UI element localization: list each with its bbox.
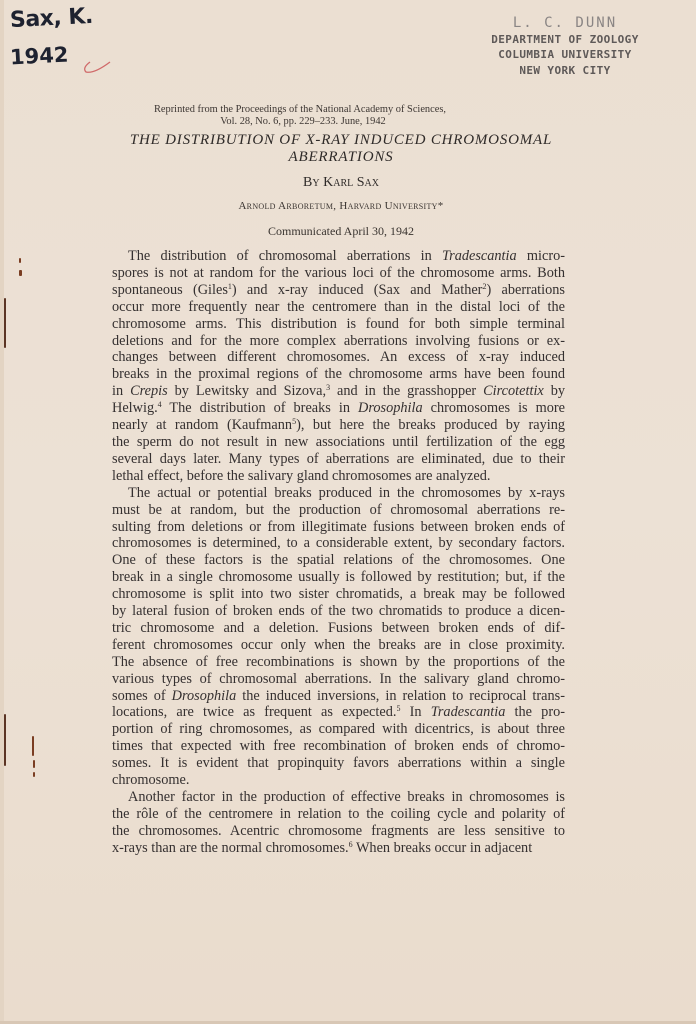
margin-mark [33, 760, 35, 768]
document-page: Sax, K. 1942 L. C. DUNN DEPARTMENT OF ZO… [0, 0, 696, 1024]
text-line: The distribution of chromosomal aberrati… [112, 248, 565, 265]
text-line: in Crepis by Lewitsky and Sizova,3 and i… [112, 383, 565, 400]
text-line: the sperm do not result in new associati… [112, 434, 565, 451]
margin-mark [19, 258, 21, 263]
text-line: must be at random, but the production of… [112, 502, 565, 519]
text-line: occur more frequently near the centromer… [112, 299, 565, 316]
text-line: portion of ring chromosomes, as compared… [112, 721, 565, 738]
title-line-1: THE DISTRIBUTION OF X-RAY INDUCED CHROMO… [106, 132, 576, 149]
text-line: somes. It is evident that propinquity fa… [112, 755, 565, 772]
text-line: several days later. Many types of aberra… [112, 451, 565, 468]
text-line: the chromosomes. Acentric chromosome fra… [112, 823, 565, 840]
text-line: locations, are twice as frequent as expe… [112, 704, 565, 721]
text-line: tric chromosome and a deletion. Fusions … [112, 620, 565, 637]
text-line: chromosome. [112, 772, 565, 789]
text-line: The absence of free recombinations is sh… [112, 654, 565, 671]
title-line-2: ABERRATIONS [106, 149, 576, 166]
stamp-university: COLUMBIA UNIVERSITY [470, 47, 660, 63]
text-line: break in a single chromosome usually is … [112, 569, 565, 586]
text-line: Another factor in the production of effe… [112, 789, 565, 806]
page-edge-left [0, 0, 4, 1024]
text-line: chromosome arms. This distribution is fo… [112, 316, 565, 333]
communicated-date: Communicated April 30, 1942 [106, 224, 576, 239]
text-line: ferent chromosomes occur only when the b… [112, 637, 565, 654]
reprint-line-1: Reprinted from the Proceedings of the Na… [110, 104, 490, 116]
handwritten-year-note: 1942 [9, 42, 69, 69]
red-check-mark-icon [80, 56, 112, 76]
text-line: various types of chromosomal aberrations… [112, 671, 565, 688]
stamp-name: L. C. DUNN [470, 16, 660, 32]
article-title: THE DISTRIBUTION OF X-RAY INDUCED CHROMO… [106, 132, 576, 166]
text-line: spores is not at random for the various … [112, 265, 565, 282]
text-line: Helwig.4 The distribution of breaks in D… [112, 400, 565, 417]
text-line: The actual or potential breaks produced … [112, 485, 565, 502]
text-line: deletions and for the more complex aberr… [112, 333, 565, 350]
reprint-notice: Reprinted from the Proceedings of the Na… [110, 104, 490, 128]
text-line: lethal effect, before the salivary gland… [112, 468, 565, 485]
text-line: times that expected with free recombinat… [112, 738, 565, 755]
margin-pencil-line [4, 298, 6, 348]
paragraph: The actual or potential breaks produced … [112, 485, 565, 789]
text-line: changes between different chromosomes. A… [112, 349, 565, 366]
article-body: The distribution of chromosomal aberrati… [112, 248, 565, 857]
text-line: breaks in the proximal regions of the ch… [112, 366, 565, 383]
author-byline: By Karl Sax [106, 175, 576, 191]
text-line: the rôle of the centromere in relation t… [112, 806, 565, 823]
handwritten-author-note: Sax, K. [9, 4, 93, 33]
text-line: by lateral fusion of broken ends of the … [112, 603, 565, 620]
margin-mark [19, 270, 22, 276]
paragraph: The distribution of chromosomal aberrati… [112, 248, 565, 485]
margin-mark [32, 736, 34, 756]
text-line: One of these factors is the spatial rela… [112, 552, 565, 569]
margin-pencil-line [4, 714, 6, 766]
author-affiliation: Arnold Arboretum, Harvard University* [106, 200, 576, 212]
stamp-city: NEW YORK CITY [470, 63, 660, 79]
text-line: nearly at random (Kaufmann5), but here t… [112, 417, 565, 434]
text-line: spontaneous (Giles1) and x-ray induced (… [112, 282, 565, 299]
reprint-line-2: Vol. 28, No. 6, pp. 229–233. June, 1942 [110, 116, 490, 128]
text-line: x-rays than are the normal chromosomes.6… [112, 840, 565, 857]
margin-mark [33, 772, 35, 777]
text-line: chromosome is split into two sister chro… [112, 586, 565, 603]
text-line: chromosomes is determined, to a consider… [112, 535, 565, 552]
text-line: somes of Drosophila the induced inversio… [112, 688, 565, 705]
paragraph: Another factor in the production of effe… [112, 789, 565, 857]
stamp-department: DEPARTMENT OF ZOOLOGY [470, 32, 660, 48]
library-stamp: L. C. DUNN DEPARTMENT OF ZOOLOGY COLUMBI… [470, 16, 660, 78]
text-line: sulting from deletions or from illegitim… [112, 519, 565, 536]
